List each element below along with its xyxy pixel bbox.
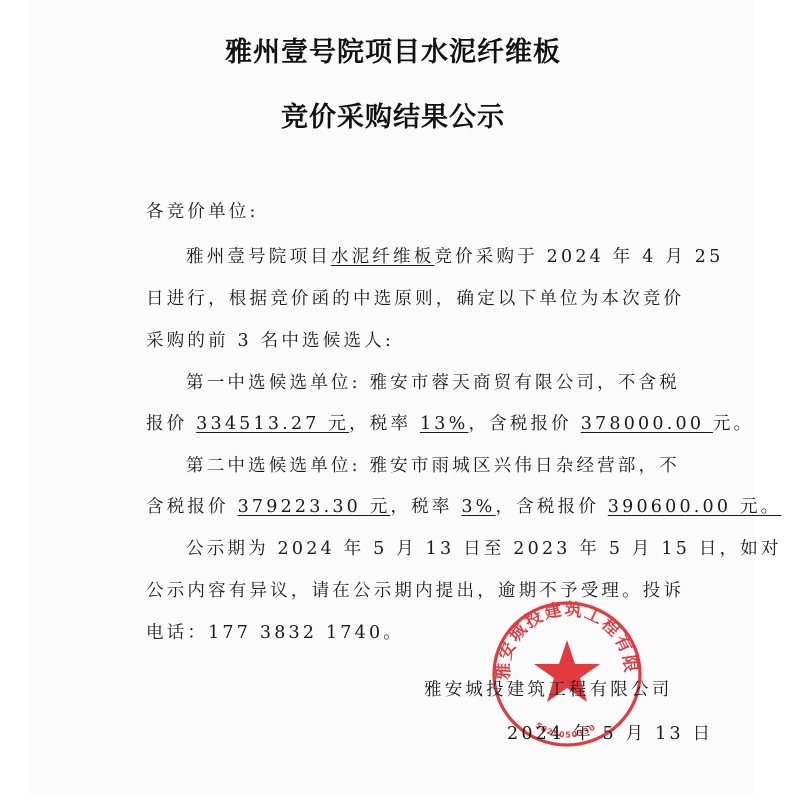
intro-prefix: 雅州壹号院项目 [186, 247, 331, 267]
candidate-1-line-1: 第一中选候选单位: 雅安市蓉天商贸有限公司，不含税 [186, 369, 680, 394]
signing-date: 2024 年 5 月 13 日 [507, 720, 713, 745]
candidate-1-line-2: 报价 334513.27 元，税率 13%，含税报价 378000.00 元。 [146, 410, 754, 435]
intro-line-2: 日进行，根据竞价函的中选原则，确定以下单位为本次竞价 [146, 285, 684, 310]
candidate-2-line-2: 含税报价 379223.30 元，税率 3%，含税报价 390600.00 元。 [146, 493, 781, 518]
candidate-2-price-incl-tax: 390600.00 元。 [608, 497, 782, 517]
notice-line-2: 公示内容有异议，请在公示期内提出，逾期不予受理。投诉 [146, 577, 684, 602]
signing-company: 雅安城投建筑工程有限公司 [424, 676, 672, 701]
complaint-phone: 电话：177 3832 1740。 [146, 619, 404, 644]
candidate-1-price-incl-tax: 378000.00 [581, 414, 713, 434]
candidate-2-price-excl-tax: 379223.30 元 [238, 497, 391, 517]
intro-line-3: 采购的前 3 名中选候选人: [146, 327, 394, 352]
document-subtitle: 竞价采购结果公示 [0, 95, 786, 134]
label-price-excl: 报价 [146, 414, 196, 434]
label-price-incl: ，含税报价 [468, 414, 580, 434]
label-tax-rate: ，税率 [390, 497, 461, 517]
candidate-2-line-1: 第二中选候选单位: 雅安市雨城区兴伟日杂经营部，不 [186, 452, 680, 477]
salutation: 各竞价单位: [146, 198, 259, 223]
candidate-1-tax-rate: 13% [420, 414, 469, 434]
candidate-1-price-excl-tax: 334513.27 元 [196, 414, 349, 434]
procured-item: 水泥纤维板 [331, 247, 435, 267]
intro-line-1: 雅州壹号院项目水泥纤维板竞价采购于 2024 年 4 月 25 [186, 243, 723, 268]
intro-suffix: 竞价采购于 2024 年 4 月 25 [434, 247, 723, 267]
sentence-end: 元。 [713, 414, 754, 434]
label-price-excl: 含税报价 [146, 497, 238, 517]
label-tax-rate: ，税率 [349, 414, 420, 434]
document-title: 雅州壹号院项目水泥纤维板 [0, 30, 786, 69]
notice-line-1: 公示期为 2024 年 5 月 13 日至 2023 年 5 月 15 日，如对 [186, 535, 782, 560]
candidate-2-tax-rate: 3% [461, 497, 495, 517]
label-price-incl: ，含税报价 [496, 497, 608, 517]
